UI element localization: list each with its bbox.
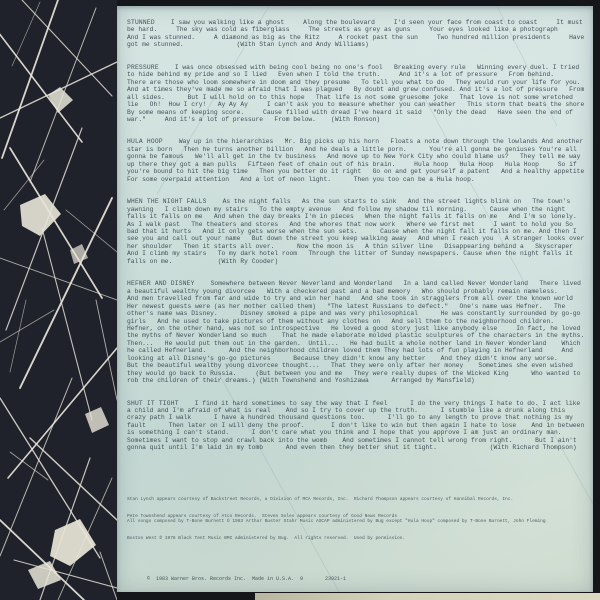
album-back-cover-photo: STUNNEDI saw you walking like a ghost Al… xyxy=(0,0,600,600)
publishing-credits: All songs composed by T-Bone Burnett © 1… xyxy=(127,507,567,553)
copyright-text: © 1983 Warner Bros. Records Inc. Made in… xyxy=(147,576,303,582)
song-block-pressure: PRESSUREI was once obsessed with being c… xyxy=(127,64,585,124)
song-block-hefner-and-disney: HEFNER AND DISNEYSomewhere between Never… xyxy=(127,280,585,384)
credits-line: Stan Lynch appears courtesy of Backstree… xyxy=(127,497,567,503)
lyrics-column: STUNNEDI saw you walking like a ghost Al… xyxy=(127,19,585,467)
song-title: WHEN THE NIGHT FALLS xyxy=(127,198,223,205)
sleeve-bottom-edge xyxy=(255,593,600,600)
song-title: HEFNER AND DISNEY xyxy=(127,280,211,287)
scratch-art-graphic xyxy=(0,0,117,600)
liner-notes-paper: STUNNEDI saw you walking like a ghost Al… xyxy=(117,6,593,592)
song-title: STUNNED xyxy=(127,19,171,26)
credits-line: Boston West © 1976 Black Tent Music BMI … xyxy=(127,536,567,542)
label-copyright-line: © 1983 Warner Bros. Records Inc. Made in… xyxy=(129,570,346,588)
song-title: SHUT IT TIGHT xyxy=(127,400,195,407)
song-lyrics: Way up in the hierarchies Mr. Big picks … xyxy=(127,138,596,182)
song-block-hula-hoop: HULA HOOPWay up in the hierarchies Mr. B… xyxy=(127,138,585,183)
catalog-number: 23921-1 xyxy=(325,576,346,582)
song-title: HULA HOOP xyxy=(127,138,179,145)
credits-line: All songs composed by T-Bone Burnett © 1… xyxy=(127,519,567,525)
song-lyrics: I saw you walking like a ghost Along the… xyxy=(127,19,588,48)
song-lyrics: I was once obsessed with being cool bein… xyxy=(127,64,599,123)
song-block-when-the-night-falls: WHEN THE NIGHT FALLSAs the night falls A… xyxy=(127,198,585,265)
song-title: PRESSURE xyxy=(127,64,175,71)
song-block-shut-it-tight: SHUT IT TIGHTI find it hard sometimes to… xyxy=(127,400,585,452)
song-lyrics: As the night falls As the sun starts to … xyxy=(127,198,596,265)
song-lyrics: I find it hard sometimes to say the way … xyxy=(127,400,588,452)
cover-art-scratches xyxy=(0,0,117,600)
song-block-stunned: STUNNEDI saw you walking like a ghost Al… xyxy=(127,19,585,49)
song-lyrics: Somewhere between Never Neverland and Wo… xyxy=(127,280,592,384)
